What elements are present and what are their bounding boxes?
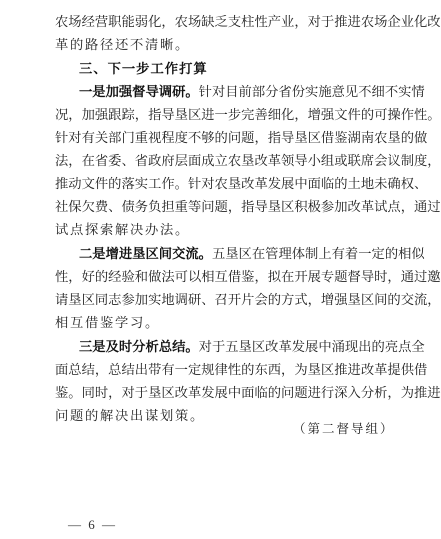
body-line: 革的路径还不清晰。: [55, 38, 392, 54]
item-1-first-line-rest: 针对目前部分省份实施意见不细不实情: [199, 85, 425, 100]
body-line: 农场经营职能弱化，农场缺乏支柱性产业，对于推进农场企业化改: [55, 15, 392, 31]
body-line: 况，加强跟踪，指导垦区进一步完善细化，增强文件的可操作性。: [55, 108, 392, 124]
body-line: 鉴。同时，对于垦区改革发展中面临的问题进行深入分析，为推进: [55, 386, 392, 402]
body-line: 试点探索解决办法。: [55, 223, 392, 239]
item-2-lead: 二是增进垦区间交流。: [79, 247, 212, 262]
item-1-lead: 一是加强督导调研。: [79, 85, 199, 100]
item-3-first-line: 三是及时分析总结。对于五垦区改革发展中涌现出的亮点全: [79, 340, 392, 356]
item-2-first-line-rest: 五垦区在管理体制上有着一定的相似: [212, 247, 425, 262]
item-3-first-line-rest: 对于五垦区改革发展中涌现出的亮点全: [199, 340, 425, 355]
signature: （第二督导组）: [293, 419, 395, 437]
document-page: 农场经营职能弱化，农场缺乏支柱性产业，对于推进农场企业化改 革的路径还不清晰。 …: [0, 0, 441, 539]
item-1-first-line: 一是加强督导调研。针对目前部分省份实施意见不细不实情: [79, 85, 392, 101]
item-3-lead: 三是及时分析总结。: [79, 340, 199, 355]
body-line: 推动文件的落实工作。针对农垦改革发展中面临的土地未确权、: [55, 177, 392, 193]
body-line: 针对有关部门重视程度不够的问题，指导垦区借鉴湖南农垦的做: [55, 131, 392, 147]
body-line: 性，好的经验和做法可以相互借鉴，拟在开展专题督导时，通过邀: [55, 270, 392, 286]
body-line: 相互借鉴学习。: [55, 316, 392, 332]
body-line: 法，在省委、省政府层面成立农垦改革领导小组或联席会议制度，: [55, 154, 392, 170]
section-heading: 三、下一步工作打算: [79, 62, 392, 78]
item-2-first-line: 二是增进垦区间交流。五垦区在管理体制上有着一定的相似: [79, 247, 392, 263]
page-number: — 6 —: [68, 517, 117, 533]
body-line: 请垦区同志参加实地调研、召开片会的方式，增强垦区间的交流，: [55, 293, 392, 309]
body-line: 面总结，总结出带有一定规律性的东西，为垦区推进改革提供借: [55, 363, 392, 379]
body-line: 社保欠费、债务负担重等问题，指导垦区积极参加改革试点，通过: [55, 200, 392, 216]
